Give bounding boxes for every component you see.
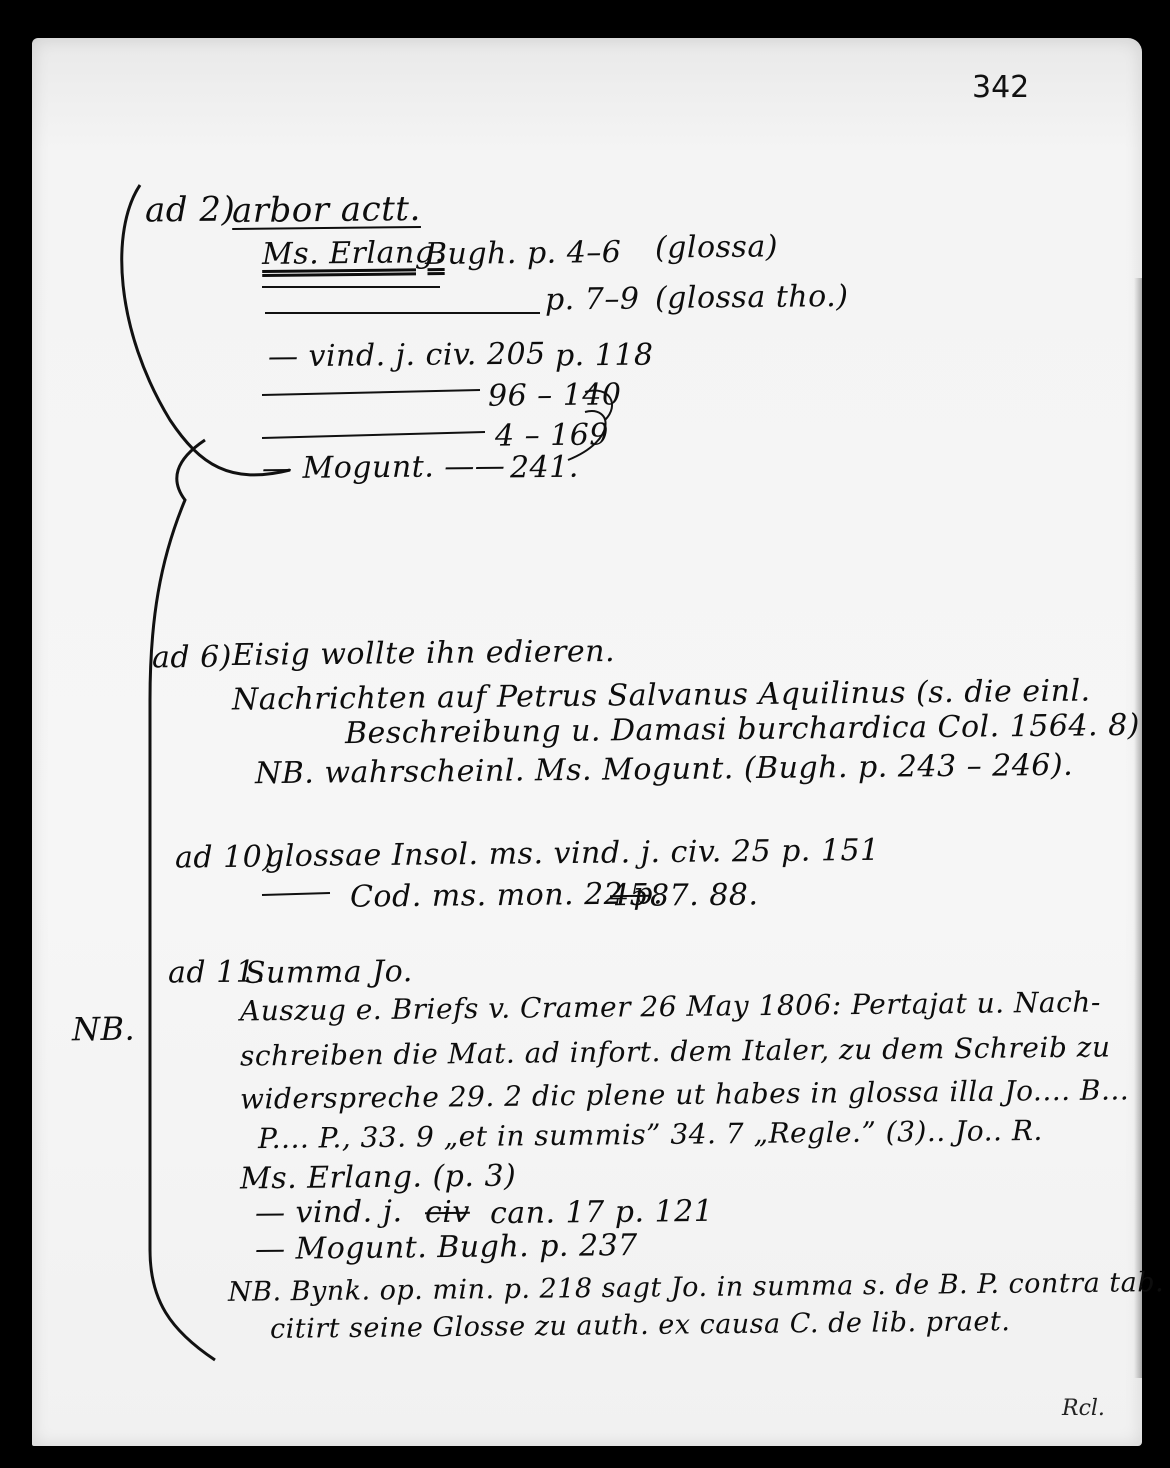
ad2-line-5-ref: 4 – 169 (495, 417, 609, 453)
margin-note-nb: NB. (72, 1010, 136, 1049)
ad2-line-3-ref: p. 118 (555, 337, 654, 373)
ad10-pages: 87. 88. (650, 877, 759, 913)
ad2-line-4-ref: 96 – 140 (488, 377, 622, 413)
ad11-line-6: — vind. j. (255, 1194, 403, 1231)
ad2-line-1-ref: Bugh. p. 4–6 (425, 235, 622, 272)
folio-number: 342 (972, 70, 1029, 105)
ad2-line-2-ref: p. 7–9 (545, 282, 640, 318)
ad10-heading-prefix: ad 10) (175, 839, 275, 875)
ad2-line-6-source: — Mogunt. —— (262, 449, 506, 487)
ad2-line-1-note: (glossa) (655, 229, 778, 265)
corner-note: Rcl. (1062, 1396, 1105, 1421)
ad11-line-6-ref: can. 17 p. 121 (490, 1194, 714, 1231)
ad2-line-6-ref: 241. (510, 450, 579, 486)
ad2-line-3-source: — vind. j. civ. 205 (268, 337, 546, 375)
ad2-heading: arbor actt. (232, 189, 421, 231)
ad11-line-5: Ms. Erlang. (p. 3) (240, 1159, 517, 1197)
ad10-crossed-page: 45 (610, 878, 650, 913)
ad11-crossed-civ: civ (425, 1195, 470, 1230)
ad11-heading: Summa Jo. (245, 954, 413, 991)
ad2-line-1-source: Ms. Erlang. (262, 235, 445, 272)
ad6-heading-prefix: ad 6) (152, 640, 232, 676)
ad2-line-2-note: (glossa tho.) (655, 279, 849, 316)
ad10-line-1: glossae Insol. ms. vind. j. civ. 25 p. 1… (265, 833, 880, 874)
ad2-heading-prefix: ad 2) (145, 190, 236, 231)
ad11-line-7: — Mogunt. Bugh. p. 237 (255, 1228, 638, 1267)
ad6-line-1: Eisig wollte ihn edieren. (232, 634, 615, 673)
